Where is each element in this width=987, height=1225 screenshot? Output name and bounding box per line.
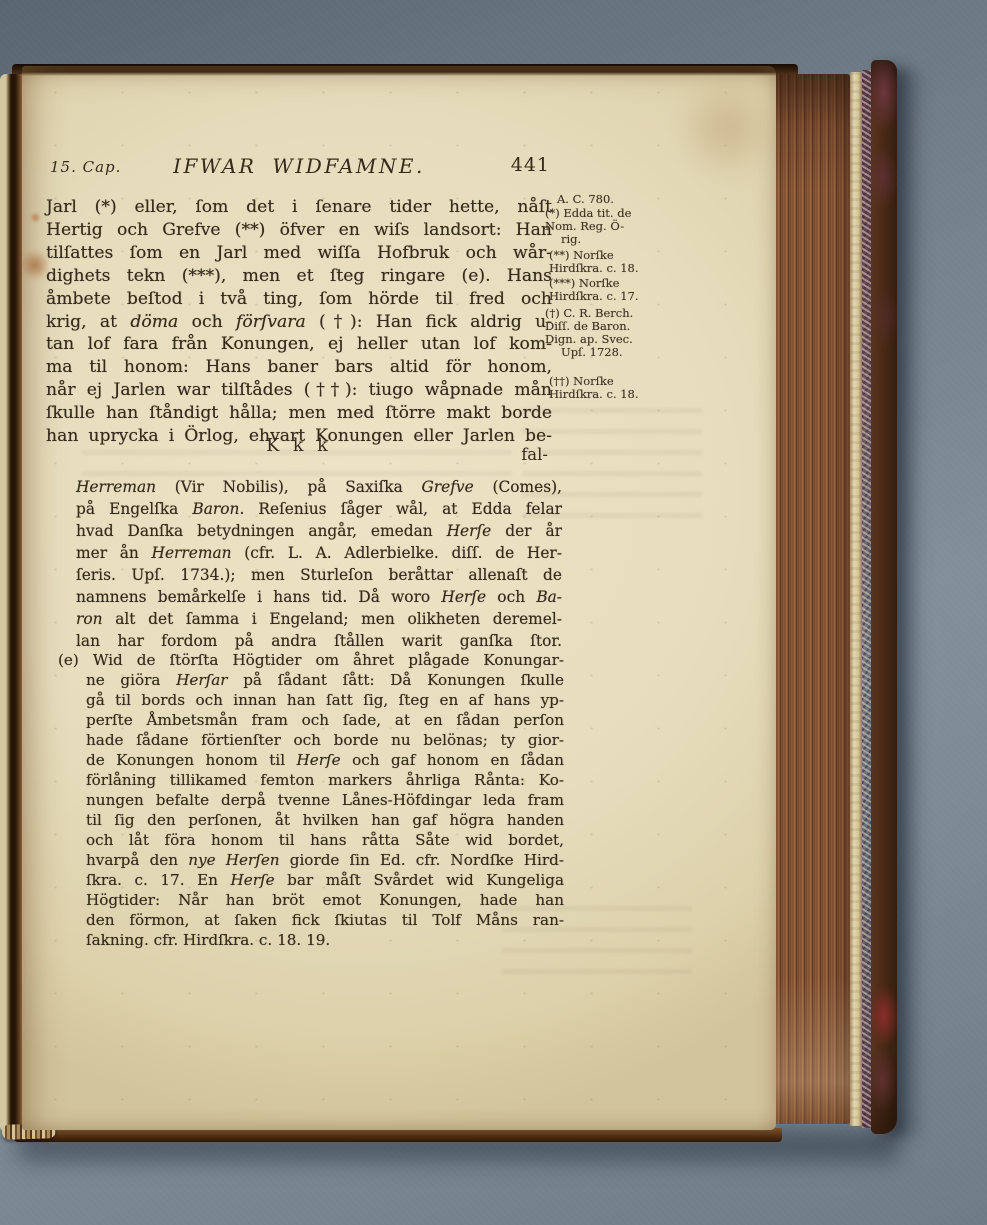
text-line: Hertig och Grefve (**) öfver en wiſs lan…: [46, 219, 552, 242]
text-line: den förmon, at ſaken fick ſkiutas til To…: [58, 910, 564, 930]
main-text: Jarl (*) eller, ſom det i ſenare tider h…: [46, 196, 552, 448]
book-fore-edge-pages: [774, 74, 850, 1124]
margin-note: (††) NorſkeHirdſkra. c. 18.: [543, 375, 671, 401]
text-line: ne giöra Herſar på ſådant ſått: Då Konun…: [58, 670, 564, 690]
text-line: perſte Åmbetsmån fram och ſade, at en ſå…: [58, 710, 564, 730]
text-line: förlåning tillikamed femton markers åhrl…: [58, 770, 564, 790]
text-line: dighets tekn (***), men et ſteg ringare …: [46, 265, 552, 288]
page-header: 15. Cap. IFWAR WIDFAMNE. 441: [46, 154, 552, 182]
margin-note-line: A. C. 780.: [557, 193, 679, 206]
page-title: IFWAR WIDFAMNE.: [46, 154, 552, 178]
margin-note-line: Hirdſkra. c. 18.: [549, 262, 671, 275]
text-line: ſkra. c. 17. En Herſe bar måſt Svårdet w…: [58, 870, 564, 890]
margin-note-line: Hirdſkra. c. 17.: [549, 290, 671, 303]
text-line: namnens bemårkelſe i hans tid. Då woro H…: [76, 586, 562, 608]
text-line: ſkulle han ſtåndigt hålla; men med ſtörr…: [46, 402, 552, 425]
text-line: ſeris. Upſ. 1734.); men Sturleſon berått…: [76, 564, 562, 586]
book-board-bottom-edge: [14, 1128, 782, 1142]
margin-note-line: rig.: [545, 233, 667, 246]
book-endpaper-edge: [850, 72, 862, 1126]
margin-note: (*) Edda tit. deNom. Reg. Ö-rig.: [543, 207, 667, 246]
text-line: til ſig den perſonen, åt hvilken han gaf…: [58, 810, 564, 830]
text-line: åmbete beſtod i två ting, ſom hörde til …: [46, 288, 552, 311]
signature-mark: K k k: [46, 436, 552, 456]
text-line: når ej Jarlen war tilſtådes (††): tiugo …: [46, 379, 552, 402]
text-line: Högtider: Når han bröt emot Konungen, ha…: [58, 890, 564, 910]
margin-note-line: Upſ. 1728.: [545, 346, 667, 359]
text-line: tan lof fara från Konungen, ej heller ut…: [46, 333, 552, 356]
margin-notes: A. C. 780.(*) Edda tit. deNom. Reg. Ö-ri…: [543, 66, 665, 1130]
text-line: ſakning. cfr. Hirdſkra. c. 18. 19.: [58, 930, 564, 950]
text-line: lan har fordom på andra ſtållen warit ga…: [76, 630, 562, 652]
text-line: hvad Danſka betydningen angår, emedan He…: [76, 520, 562, 542]
text-line: tilſattes ſom en Jarl med wiſſa Hofbruk …: [46, 242, 552, 265]
margin-note-line: Hirdſkra. c. 18.: [549, 388, 671, 401]
text-line: krig, at döma och förſvara (†): Han fick…: [46, 311, 552, 334]
photo-background: 15. Cap. IFWAR WIDFAMNE. 441 Jarl (*) el…: [0, 0, 987, 1225]
footnote-block-herreman: Herreman (Vir Nobilis), på Saxiſka Grefv…: [76, 476, 562, 652]
margin-note: (***) NorſkeHirdſkra. c. 17.: [543, 277, 671, 303]
book-marbled-edge: [862, 70, 871, 1128]
text-line: ma til honom: Hans baner bars altid för …: [46, 356, 552, 379]
text-line: nungen befalte derpå tvenne Lånes-Höfdin…: [58, 790, 564, 810]
text-line: gå til bords och innan han ſatt ſig, ſte…: [58, 690, 564, 710]
text-line: hade ſådane förtienſter och borde nu bel…: [58, 730, 564, 750]
text-line: Jarl (*) eller, ſom det i ſenare tider h…: [46, 196, 552, 219]
book-page: 15. Cap. IFWAR WIDFAMNE. 441 Jarl (*) el…: [22, 66, 776, 1130]
page-stain: [30, 212, 41, 223]
text-line: Herreman (Vir Nobilis), på Saxiſka Grefv…: [76, 476, 562, 498]
page-stain: [682, 68, 772, 188]
text-line: på Engelſka Baron. Reſenius ſåger wål, a…: [76, 498, 562, 520]
book-leather-cover: [871, 60, 897, 1134]
text-line: hvarpå den nye Herſen giorde ſin Ed. cfr…: [58, 850, 564, 870]
page-stain: [22, 248, 48, 282]
text-line: mer ån Herreman (cfr. L. A. Adlerbielke.…: [76, 542, 562, 564]
footnote-block-e: (e) Wid de ſtörſta Högtider om åhret plå…: [58, 650, 564, 950]
book-gutter-edge: [0, 74, 22, 1132]
text-line: och låt föra honom til hans råtta Såte w…: [58, 830, 564, 850]
text-line: ron alt det ſamma i Engeland; men olikhe…: [76, 608, 562, 630]
text-line: de Konungen honom til Herſe och gaf hono…: [58, 750, 564, 770]
margin-note: (**) NorſkeHirdſkra. c. 18.: [543, 249, 671, 275]
margin-note: A. C. 780.: [543, 193, 679, 206]
margin-note: (†) C. R. Berch.Diſſ. de Baron.Dign. ap.…: [543, 307, 667, 359]
signature-row: K k k fal-: [46, 436, 552, 462]
text-line: (e) Wid de ſtörſta Högtider om åhret plå…: [58, 650, 564, 670]
